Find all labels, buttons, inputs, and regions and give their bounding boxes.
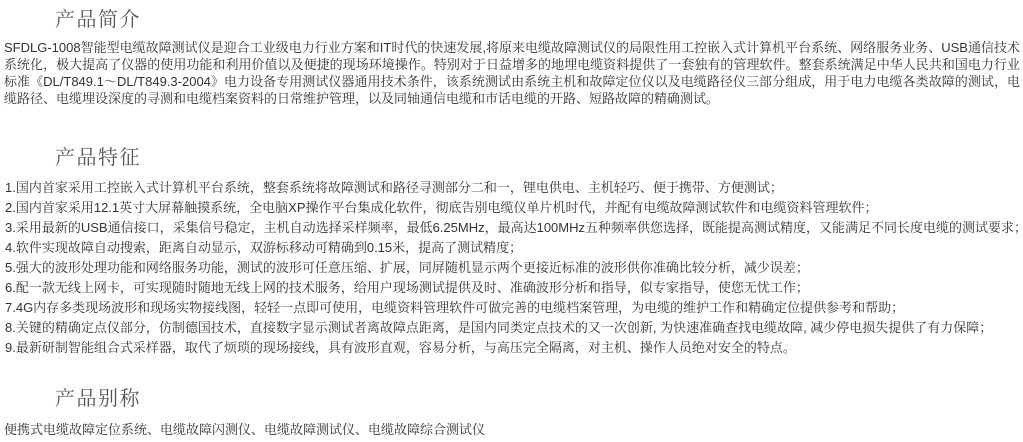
section-product-aliases: 产品别称 便携式电缆故障定位系统、电缆故障闪测仪、电缆故障测试仪、电缆故障综合测… xyxy=(0,386,1023,438)
product-detail-page: 产品简介 SFDLG-1008智能型电缆故障测试仪是迎合工业级电力行业方案和IT… xyxy=(0,0,1023,442)
section-product-intro: 产品简介 SFDLG-1008智能型电缆故障测试仪是迎合工业级电力行业方案和IT… xyxy=(0,0,1023,107)
feature-item: 9.最新研制智能组合式采样器，取代了烦琐的现场接线，具有波形直观，容易分析，与高… xyxy=(5,338,1023,358)
section-heading-aliases: 产品别称 xyxy=(0,386,1023,412)
feature-item: 4.软件实现故障自动搜索，距离自动显示，双游标移动可精确到0.15米，提高了测试… xyxy=(5,238,1023,258)
feature-item: 3.采用最新的USB通信接口，采集信号稳定，主机自动选择采样频率，最低6.25M… xyxy=(5,218,1023,238)
feature-item: 1.国内首家采用工控嵌入式计算机平台系统，整套系统将故障测试和路径寻测部分二和一… xyxy=(5,178,1023,198)
section-heading-features: 产品特征 xyxy=(0,145,1023,171)
section-product-features: 产品特征 1.国内首家采用工控嵌入式计算机平台系统，整套系统将故障测试和路径寻测… xyxy=(0,145,1023,358)
feature-item: 8.关键的精确定点仪部分，仿制德国技术，直接数字显示测试者离故障点距离，是国内同… xyxy=(5,318,1023,338)
feature-item: 2.国内首家采用12.1英寸大屏幕触摸系统，全电脑XP操作平台集成化软件，彻底告… xyxy=(5,198,1023,218)
section-heading-intro: 产品简介 xyxy=(0,0,1023,33)
intro-paragraph: SFDLG-1008智能型电缆故障测试仪是迎合工业级电力行业方案和IT时代的快速… xyxy=(0,39,1023,107)
alias-line: 便携式电缆故障定位系统、电缆故障闪测仪、电缆故障测试仪、电缆故障综合测试仪 xyxy=(0,421,1023,438)
feature-item: 7.4G内存多类现场波形和现场实物接线图，轻轻一点即可使用，电缆资料管理软件可做… xyxy=(5,298,1023,318)
feature-item: 6.配一款无线上网卡，可实现随时随地无线上网的技术服务，给用户现场测试提供及时、… xyxy=(5,278,1023,298)
feature-list: 1.国内首家采用工控嵌入式计算机平台系统，整套系统将故障测试和路径寻测部分二和一… xyxy=(0,178,1023,358)
feature-item: 5.强大的波形处理功能和网络服务功能，测试的波形可任意压缩、扩展，同屏随机显示两… xyxy=(5,258,1023,278)
